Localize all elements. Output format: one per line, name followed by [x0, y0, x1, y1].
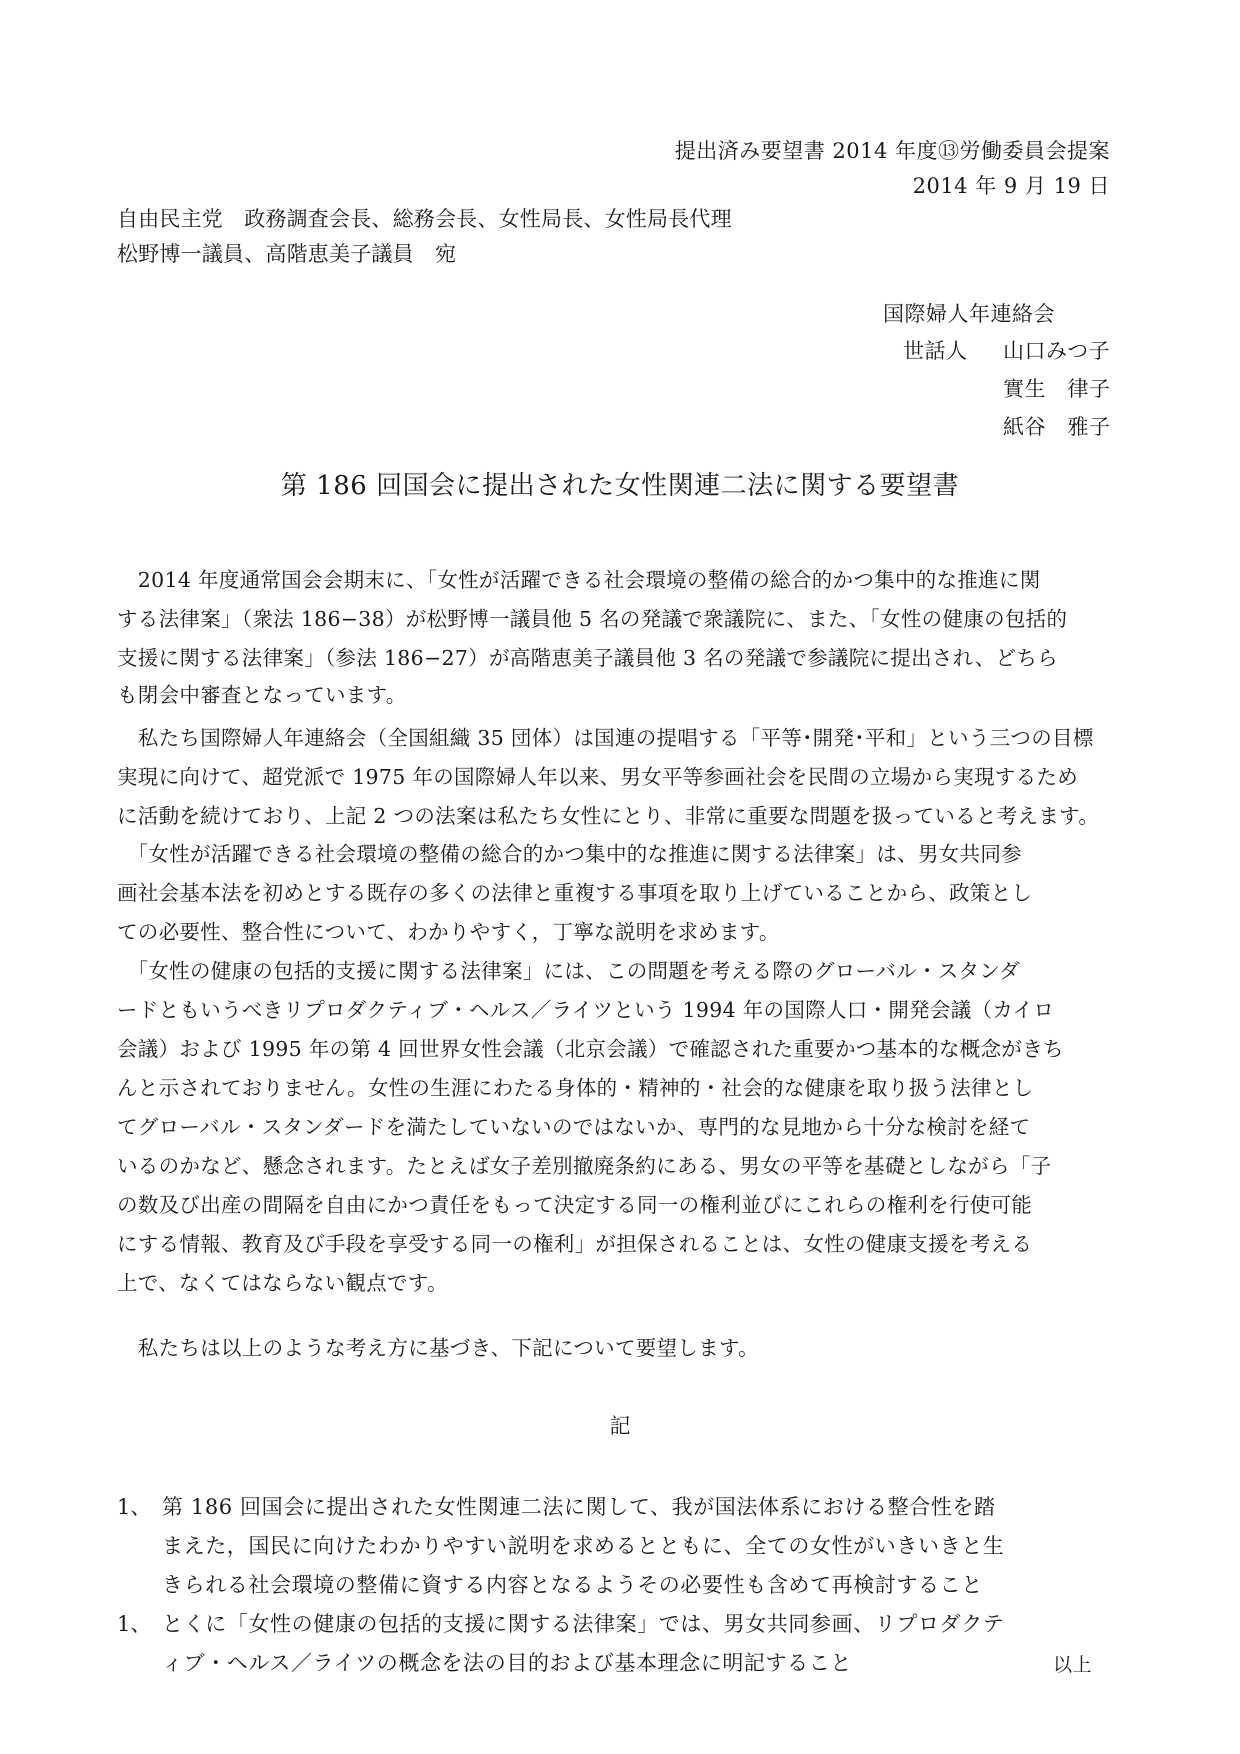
body-line: にする情報、教育及び手段を享受する同一の権利」が担保されることは、女性の健康支援… — [117, 1230, 1117, 1258]
sender-name-2: 實生 律子 — [1003, 375, 1111, 403]
body-line: 画社会基本法を初めとする既存の多くの法律と重複する事項を取り上げていることから、… — [117, 879, 1117, 907]
document-title: 第 186 回国会に提出された女性関連二法に関する要望書 — [0, 468, 1240, 504]
body-line: 私たち国際婦人年連絡会（全国組織 35 団体）は国連の提唱する「平等･開発･平和… — [117, 724, 1117, 752]
sender-name-3: 紙谷 雅子 — [1003, 413, 1111, 441]
request-number: 1、 — [117, 1610, 151, 1638]
body-line: 「女性の健康の包括的支援に関する法律案」には、この問題を考える際のグローバル・ス… — [117, 957, 1117, 985]
document-page: 提出済み要望書 2014 年度⑬労働委員会提案 2014 年 9 月 19 日 … — [0, 0, 1240, 1754]
sender-role: 世話人 — [903, 337, 968, 365]
addressee-line-1: 自由民主党 政務調査会長、総務会長、女性局長、女性局長代理 — [117, 205, 732, 233]
document-date: 2014 年 9 月 19 日 — [913, 172, 1110, 200]
body-line: 支援に関する法律案」（参法 186−27）が高階恵美子議員他 3 名の発議で参議… — [117, 644, 1117, 672]
request-line: きられる社会環境の整備に資する内容となるようその必要性も含めて再検討すること — [162, 1571, 983, 1599]
body-line: いるのかなど、懸念されます。たとえば女子差別撤廃条約にある、男女の平等を基礎とし… — [117, 1152, 1117, 1180]
body-line: 上で、なくてはならない観点です。 — [117, 1269, 1117, 1297]
body-line: ての必要性、整合性について、わかりやすく，丁寧な説明を求めます。 — [117, 918, 1117, 946]
body-line: する法律案」（衆法 186−38）が松野博一議員他 5 名の発議で衆議院に、また… — [117, 605, 1117, 633]
body-line: ードともいうべきリプロダクティブ・ヘルス／ライツという 1994 年の国際人口・… — [117, 996, 1117, 1024]
closing-sentence: 私たちは以上のような考え方に基づき、下記について要望します。 — [117, 1334, 1117, 1362]
sender-name-1: 山口みつ子 — [1003, 337, 1110, 365]
record-heading: 記 — [0, 1412, 1240, 1440]
request-line: まえた，国民に向けたわかりやすい説明を求めるとともに、全ての女性がいきいきと生 — [162, 1532, 1004, 1560]
request-number: 1、 — [117, 1493, 151, 1521]
addressee-line-2: 松野博一議員、高階恵美子議員 宛 — [117, 240, 456, 268]
sender-organization: 国際婦人年連絡会 — [883, 300, 1055, 328]
body-line: に活動を続けており、上記 2 つの法案は私たち女性にとり、非常に重要な問題を扱っ… — [117, 802, 1117, 830]
request-line: 第 186 回国会に提出された女性関連二法に関して、我が国法体系における整合性を… — [162, 1493, 996, 1521]
body-line: てグローバル・スタンダードを満たしていないのではないか、専門的な見地から十分な検… — [117, 1113, 1117, 1141]
body-line: 実現に向けて、超党派で 1975 年の国際婦人年以来、男女平等参画社会を民間の立… — [117, 763, 1117, 791]
request-line: とくに「女性の健康の包括的支援に関する法律案」では、男女共同参画、リプロダクテ — [162, 1610, 1004, 1638]
body-line: 「女性が活躍できる社会環境の整備の総合的かつ集中的な推進に関する法律案」は、男女… — [117, 840, 1117, 868]
body-line: の数及び出産の間隔を自由にかつ責任をもって決定する同一の権利並びにこれらの権利を… — [117, 1191, 1117, 1219]
body-line: 会議）および 1995 年の第 4 回世界女性会議（北京会議）で確認された重要か… — [117, 1035, 1117, 1063]
body-line: んと示されておりません。女性の生涯にわたる身体的・精神的・社会的な健康を取り扱う… — [117, 1074, 1117, 1102]
body-line: 2014 年度通常国会会期末に、「女性が活躍できる社会環境の整備の総合的かつ集中… — [117, 566, 1117, 594]
reference-label: 提出済み要望書 2014 年度⑬労働委員会提案 — [675, 137, 1110, 165]
request-line: ィブ・ヘルス／ライツの概念を法の目的および基本理念に明記すること — [162, 1649, 852, 1677]
body-line: も閉会中審査となっています。 — [117, 681, 1117, 709]
end-mark: 以上 — [1053, 1651, 1092, 1679]
